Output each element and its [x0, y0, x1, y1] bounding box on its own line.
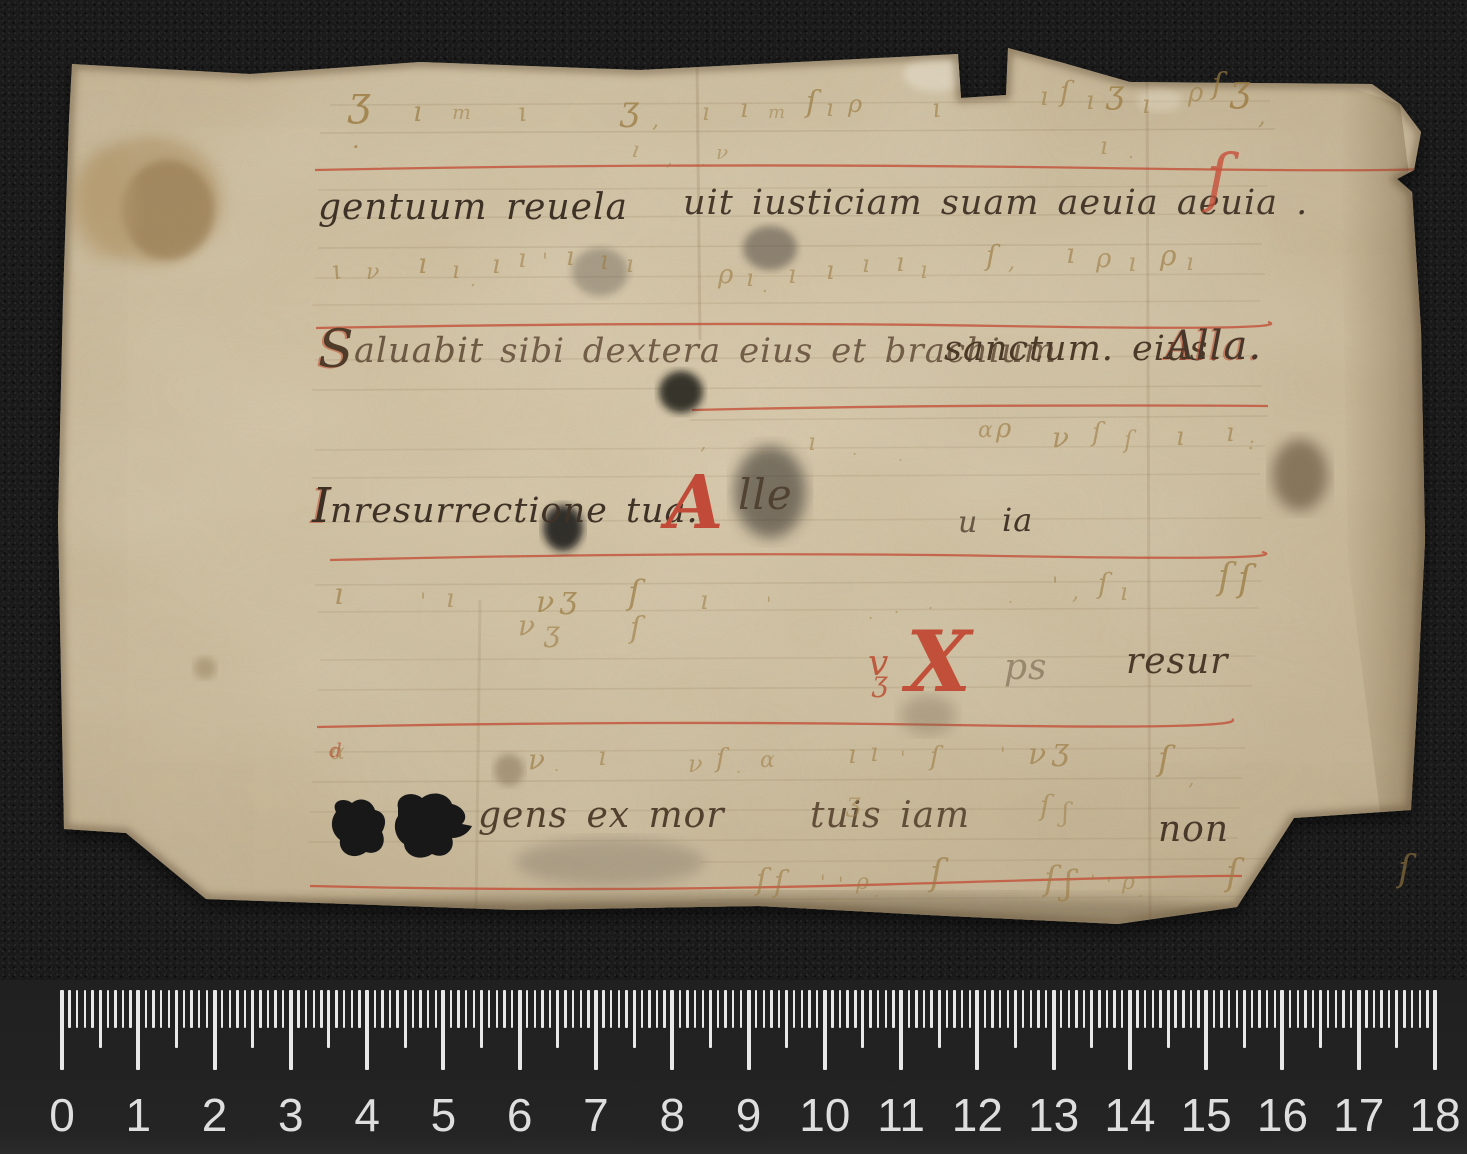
- ruler-tick: [1014, 990, 1017, 1048]
- ruler-tick: [663, 990, 665, 1028]
- ruler-tick: [846, 990, 848, 1028]
- ruler-tick: [320, 990, 322, 1028]
- ruler-tick: [694, 990, 696, 1028]
- ruler-tick: [152, 990, 154, 1028]
- stain: [494, 754, 524, 786]
- ruler-tick: [564, 990, 566, 1028]
- ruler-tick: [717, 990, 719, 1028]
- ruler-tick: [618, 990, 620, 1028]
- ruler-tick: [1236, 990, 1238, 1028]
- ruler-tick: [549, 990, 551, 1028]
- ruler-tick: [99, 990, 102, 1048]
- ruler-tick: [702, 990, 704, 1028]
- ruler-label: 11: [877, 1092, 925, 1138]
- ruler-tick: [1342, 990, 1344, 1028]
- ruler-tick: [251, 990, 254, 1048]
- ruler-tick: [648, 990, 650, 1028]
- ruler-tick: [518, 990, 522, 1070]
- ruler-tick: [1411, 990, 1413, 1028]
- ruler-tick: [327, 990, 330, 1048]
- ruler-tick: [1419, 990, 1421, 1028]
- ruler-tick: [1144, 990, 1146, 1028]
- ruler-tick: [1098, 990, 1100, 1028]
- ruler-tick: [1289, 990, 1291, 1028]
- ruler-tick: [892, 990, 894, 1028]
- ruler-tick: [656, 990, 658, 1028]
- ruler-label: 13: [1028, 1092, 1079, 1138]
- ruler-tick: [450, 990, 452, 1028]
- ruler-tick: [816, 990, 818, 1028]
- ruler-tick: [602, 990, 604, 1028]
- ruler-tick: [975, 990, 979, 1070]
- ruler-tick: [1228, 990, 1230, 1028]
- ruler-tick: [778, 990, 780, 1028]
- stain: [1272, 439, 1328, 511]
- ruler-tick: [1258, 990, 1260, 1028]
- ruler-tick: [641, 990, 643, 1028]
- ruler-tick: [1106, 990, 1108, 1028]
- ruler-tick: [793, 990, 795, 1028]
- ruler-tick: [1433, 990, 1437, 1070]
- ruler-tick: [1327, 990, 1329, 1028]
- ruler-tick: [1274, 990, 1276, 1028]
- ruler-tick: [76, 990, 78, 1028]
- ink-smudge: [734, 446, 806, 538]
- ruler-tick: [68, 990, 70, 1028]
- ruler-tick: [313, 990, 315, 1028]
- ruler-tick: [1037, 990, 1039, 1028]
- ruler-tick: [1152, 990, 1154, 1028]
- scuff: [1138, 88, 1182, 112]
- ruler-tick: [480, 990, 483, 1048]
- ruler-tick: [1045, 990, 1047, 1028]
- ruler-tick: [1052, 990, 1056, 1070]
- ruler-tick: [709, 990, 712, 1048]
- ruler-tick: [1319, 990, 1322, 1048]
- ruler-tick: [412, 990, 414, 1028]
- ruler-tick: [91, 990, 93, 1028]
- ruler-tick: [396, 990, 398, 1028]
- ruler-tick: [229, 990, 231, 1028]
- ruler-tick: [435, 990, 437, 1028]
- ruler-tick: [877, 990, 879, 1028]
- ruler-label: 0: [49, 1092, 75, 1138]
- ruler-tick: [236, 990, 238, 1028]
- ruler-tick: [1030, 990, 1032, 1028]
- ruler-label: 18: [1409, 1092, 1460, 1138]
- ruler-tick: [869, 990, 871, 1028]
- ruler-tick: [763, 990, 765, 1028]
- ruler-tick: [1312, 990, 1314, 1028]
- ruler-tick: [244, 990, 246, 1028]
- ruler-tick: [297, 990, 299, 1028]
- ruler-tick: [854, 990, 856, 1028]
- ruler-tick: [1121, 990, 1123, 1028]
- ruler-tick: [259, 990, 261, 1028]
- ruler-tick: [358, 990, 360, 1028]
- ruler-label: 17: [1333, 1092, 1384, 1138]
- ruler-label: 15: [1181, 1092, 1232, 1138]
- ruler-tick: [724, 990, 726, 1028]
- ruler-tick: [625, 990, 627, 1028]
- ruler-tick: [1113, 990, 1115, 1028]
- ruler-tick: [84, 990, 86, 1028]
- ruler-tick: [755, 990, 757, 1028]
- ruler-tick: [915, 990, 917, 1028]
- ink-smudge: [572, 248, 628, 296]
- ruler-tick: [183, 990, 185, 1028]
- ruler-tick: [289, 990, 293, 1070]
- ruler-tick: [457, 990, 459, 1028]
- ruler-tick: [580, 990, 582, 1028]
- ruler-tick: [991, 990, 993, 1028]
- ruler-label: 10: [799, 1092, 850, 1138]
- ruler-tick: [938, 990, 941, 1048]
- stain: [194, 657, 216, 679]
- ruler-tick: [1159, 990, 1161, 1028]
- ruler-tick: [556, 990, 559, 1048]
- ruler-tick: [511, 990, 513, 1028]
- ruler-tick: [122, 990, 124, 1028]
- ruler-tick: [145, 990, 147, 1028]
- ink-blot: [659, 371, 703, 413]
- ruler-tick: [610, 990, 612, 1028]
- ruler-tick: [488, 990, 490, 1028]
- ruler-tick: [594, 990, 598, 1070]
- ruler-tick: [633, 990, 636, 1048]
- ruler-tick: [732, 990, 734, 1028]
- ruler: 0123456789101112131415161718: [0, 980, 1467, 1154]
- ruler-tick: [1266, 990, 1268, 1028]
- ruler-label: 2: [202, 1092, 228, 1138]
- ruler-tick: [374, 990, 376, 1028]
- ruler-label: 3: [278, 1092, 304, 1138]
- ruler-tick: [999, 990, 1001, 1028]
- ruler-tick: [969, 990, 971, 1028]
- ruler-tick: [1357, 990, 1361, 1070]
- manuscript-photo: gentuum reuelauit iusticiam suam aeuia a…: [0, 0, 1467, 1154]
- ruler-tick: [1395, 990, 1398, 1048]
- ruler-tick: [114, 990, 116, 1028]
- ruler-tick: [274, 990, 276, 1028]
- ruler-tick: [1060, 990, 1062, 1028]
- ruler-tick: [1128, 990, 1132, 1070]
- ruler-tick: [1083, 990, 1085, 1028]
- ruler-tick: [587, 990, 589, 1028]
- ruler-tick: [526, 990, 528, 1028]
- ruler-tick: [305, 990, 307, 1028]
- ruler-tick: [1136, 990, 1138, 1028]
- ruler-label: 14: [1104, 1092, 1155, 1138]
- ruler-tick: [572, 990, 574, 1028]
- ruler-label: 6: [507, 1092, 533, 1138]
- ruler-tick: [419, 990, 421, 1028]
- ruler-label: 12: [952, 1092, 1003, 1138]
- ruler-tick: [60, 990, 64, 1070]
- ruler-tick: [808, 990, 810, 1028]
- ruler-tick: [885, 990, 887, 1028]
- ruler-tick: [503, 990, 505, 1028]
- smudge: [900, 695, 956, 735]
- ruler-tick: [961, 990, 963, 1028]
- ruler-tick: [1373, 990, 1375, 1028]
- ruler-tick: [206, 990, 208, 1028]
- ruler-tick: [1022, 990, 1024, 1028]
- ruler-tick: [1190, 990, 1192, 1028]
- ruler-label: 1: [125, 1092, 151, 1138]
- ruler-tick: [473, 990, 475, 1028]
- ruler-tick: [107, 990, 109, 1028]
- ruler-tick: [213, 990, 217, 1070]
- ruler-tick: [1007, 990, 1009, 1028]
- ruler-label: 7: [583, 1092, 609, 1138]
- ruler-tick: [404, 990, 407, 1048]
- ruler-tick: [899, 990, 903, 1070]
- ruler-tick: [1335, 990, 1337, 1028]
- ruler-tick: [1280, 990, 1284, 1070]
- ruler-tick: [381, 990, 383, 1028]
- ruler-tick: [1426, 990, 1428, 1028]
- ruler-label: 9: [736, 1092, 762, 1138]
- ruler-tick: [389, 990, 391, 1028]
- ruler-tick: [770, 990, 772, 1028]
- ruler-tick: [908, 990, 910, 1028]
- ruler-tick: [1243, 990, 1246, 1048]
- ruler-tick: [335, 990, 337, 1028]
- ruler-tick: [441, 990, 445, 1070]
- edge-shadow: [280, 894, 1240, 930]
- ruler-tick: [221, 990, 223, 1028]
- ruler-tick: [839, 990, 841, 1028]
- ruler-tick: [160, 990, 162, 1028]
- ruler-tick: [984, 990, 986, 1028]
- ruler-tick: [930, 990, 932, 1028]
- ruler-tick: [1075, 990, 1077, 1028]
- ruler-tick: [1197, 990, 1199, 1028]
- ruler-tick: [168, 990, 170, 1028]
- ruler-tick: [831, 990, 833, 1028]
- ruler-tick: [365, 990, 369, 1070]
- ruler-tick: [1403, 990, 1405, 1028]
- ruler-tick: [747, 990, 751, 1070]
- stain: [69, 149, 137, 261]
- ruler-tick: [1380, 990, 1382, 1028]
- ruler-tick: [801, 990, 803, 1028]
- ruler-tick: [129, 990, 131, 1028]
- ruler-tick: [1350, 990, 1352, 1028]
- ruler-tick: [1182, 990, 1184, 1028]
- ruler-tick: [1068, 990, 1070, 1028]
- ruler-tick: [1174, 990, 1176, 1028]
- ruler-tick: [198, 990, 200, 1028]
- ruler-tick: [785, 990, 788, 1048]
- ruler-tick: [1204, 990, 1208, 1070]
- ruler-tick: [496, 990, 498, 1028]
- ruler-tick: [1090, 990, 1093, 1048]
- ruler-tick: [1220, 990, 1222, 1028]
- ruler-tick: [343, 990, 345, 1028]
- ruler-tick: [1388, 990, 1390, 1028]
- ruler-tick: [541, 990, 543, 1028]
- ruler-label: 5: [431, 1092, 457, 1138]
- ink-blot: [543, 505, 583, 551]
- ruler-label: 16: [1257, 1092, 1308, 1138]
- ruler-tick: [136, 990, 140, 1070]
- ruler-tick: [923, 990, 925, 1028]
- smudge: [515, 838, 705, 886]
- ruler-tick: [1167, 990, 1170, 1048]
- ruler-tick: [1297, 990, 1299, 1028]
- ruler-tick: [282, 990, 284, 1028]
- ruler-tick: [1365, 990, 1367, 1028]
- ruler-tick: [267, 990, 269, 1028]
- ruler-tick: [351, 990, 353, 1028]
- ruler-tick: [670, 990, 674, 1070]
- ruler-tick: [946, 990, 948, 1028]
- ruler-tick: [953, 990, 955, 1028]
- ruler-tick: [686, 990, 688, 1028]
- ruler-tick: [175, 990, 178, 1048]
- ruler-tick: [427, 990, 429, 1028]
- ruler-label: 4: [354, 1092, 380, 1138]
- ruler-tick: [679, 990, 681, 1028]
- ruler-tick: [1304, 990, 1306, 1028]
- ruler-tick: [740, 990, 742, 1028]
- ruler-label: 8: [659, 1092, 685, 1138]
- ruler-tick: [1251, 990, 1253, 1028]
- ruler-tick: [861, 990, 864, 1048]
- ruler-tick: [823, 990, 827, 1070]
- ruler-tick: [534, 990, 536, 1028]
- ruler-tick: [465, 990, 467, 1028]
- ruler-tick: [190, 990, 192, 1028]
- ruler-tick: [1213, 990, 1215, 1028]
- ink-smudge: [743, 226, 797, 270]
